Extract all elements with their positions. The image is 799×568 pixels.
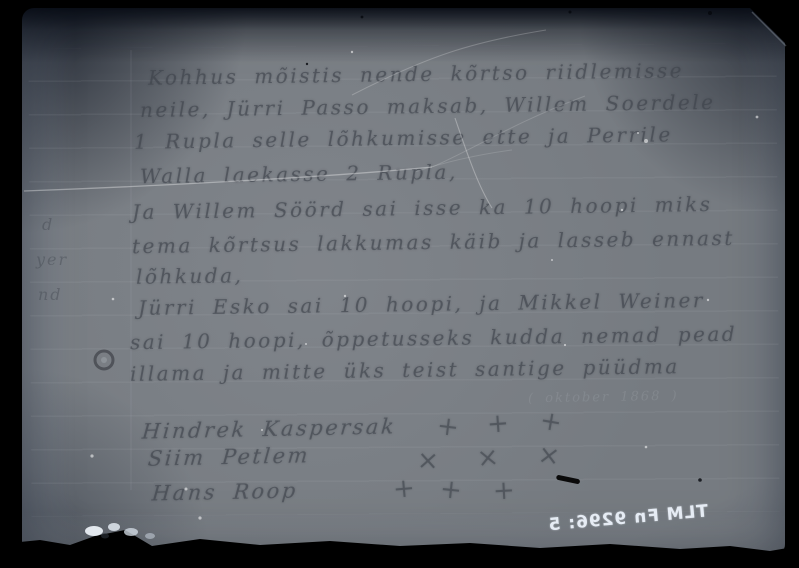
dust-specks (90, 51, 758, 520)
crack-scratch (432, 96, 585, 167)
damage-overlay (0, 0, 799, 568)
top-right-corner-cut (742, 0, 799, 58)
crack-scratch (455, 118, 492, 208)
dark-specks (306, 11, 712, 482)
crack-scratch (352, 30, 546, 95)
photographed-glass-negative: Kohhus mõistis nende kõrtso riidlemisse … (0, 0, 799, 568)
bubble-blemish-center (101, 357, 107, 363)
crack-scratch (415, 150, 512, 172)
crack-scratch (24, 167, 432, 191)
black-dash-mark (556, 475, 581, 485)
